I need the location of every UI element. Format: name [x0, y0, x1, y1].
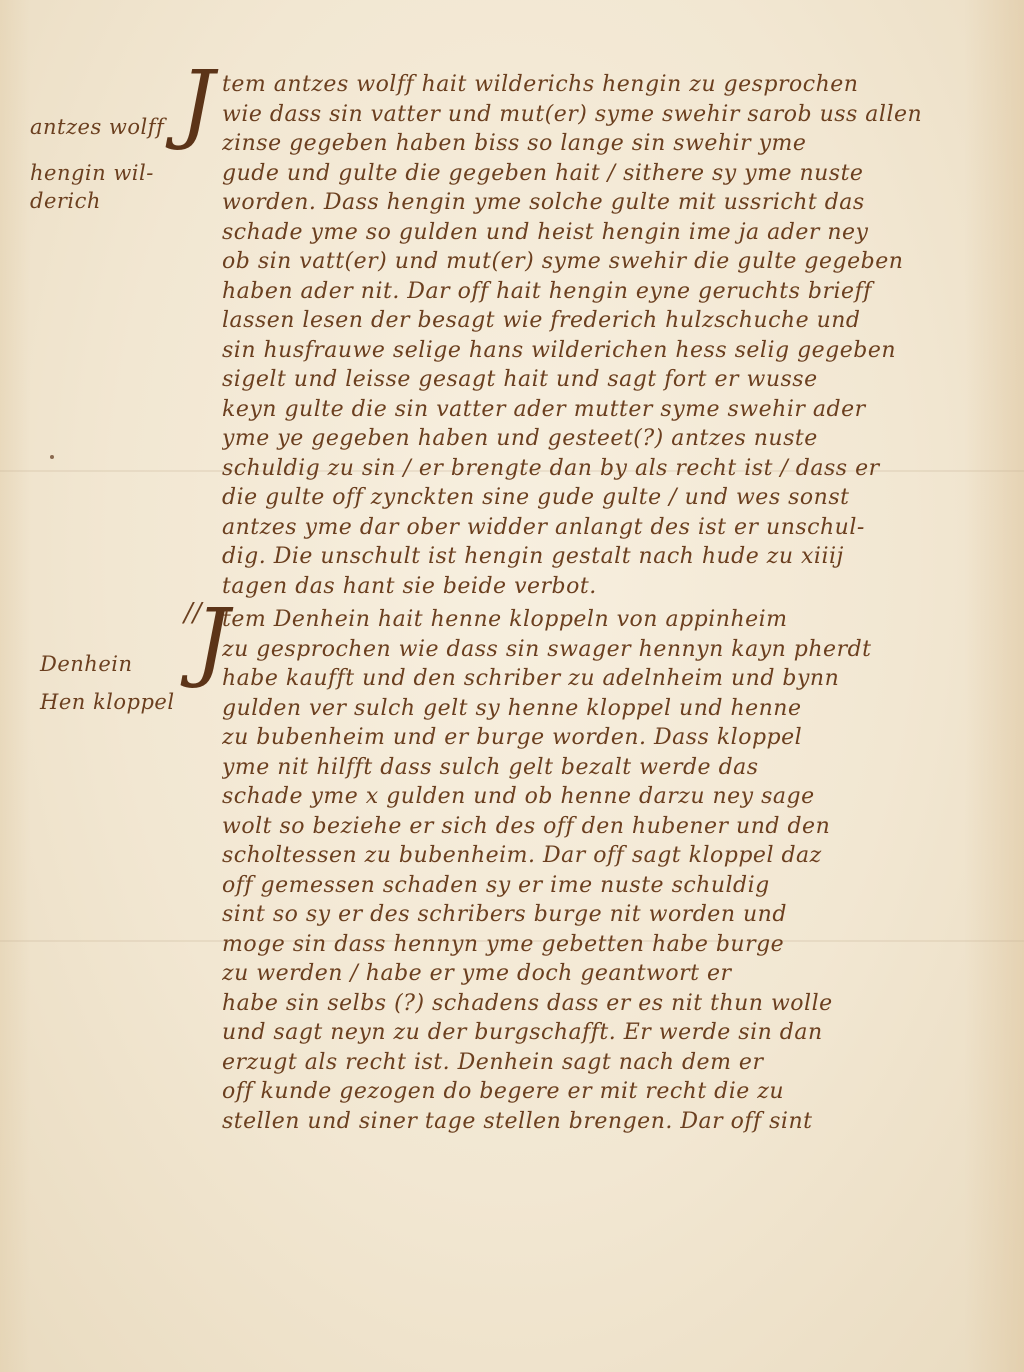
- paper-edge-shading-left: [0, 0, 30, 1372]
- text-line: tem antzes wolff hait wilderichs hengin …: [222, 70, 982, 100]
- text-line: sigelt und leisse gesagt hait und sagt f…: [222, 365, 982, 395]
- text-line: wolt so beziehe er sich des off den hube…: [222, 812, 982, 842]
- text-line: tem Denhein hait henne kloppeln von appi…: [222, 605, 982, 635]
- entry-antzes-wolff: tem antzes wolff hait wilderichs hengin …: [222, 70, 982, 601]
- text-line: habe sin selbs (?) schadens dass er es n…: [222, 989, 982, 1019]
- text-line: und sagt neyn zu der burgschafft. Er wer…: [222, 1018, 982, 1048]
- margin-note-line: Hen kloppel: [40, 688, 175, 716]
- text-line: tagen das hant sie beide verbot.: [222, 572, 982, 602]
- text-line: habe kaufft und den schriber zu adelnhei…: [222, 664, 982, 694]
- text-line: off gemessen schaden sy er ime nuste sch…: [222, 871, 982, 901]
- text-line: zu werden / habe er yme doch geantwort e…: [222, 959, 982, 989]
- text-line: ob sin vatt(er) und mut(er) syme swehir …: [222, 247, 982, 277]
- manuscript-page: antzes wolff hengin wil- derich Denhein …: [0, 0, 1024, 1372]
- text-line: yme ye gegeben haben und gesteet(?) antz…: [222, 424, 982, 454]
- text-line: schade yme x gulden und ob henne darzu n…: [222, 782, 982, 812]
- text-line: worden. Dass hengin yme solche gulte mit…: [222, 188, 982, 218]
- text-line: antzes yme dar ober widder anlangt des i…: [222, 513, 982, 543]
- text-line: schade yme so gulden und heist hengin im…: [222, 218, 982, 248]
- decorated-initial: J: [180, 60, 214, 146]
- text-line: yme nit hilfft dass sulch gelt bezalt we…: [222, 753, 982, 783]
- margin-note-line: Denhein: [40, 650, 175, 678]
- text-line: scholtessen zu bubenheim. Dar off sagt k…: [222, 841, 982, 871]
- margin-note-denhein: Denhein Hen kloppel: [40, 650, 175, 716]
- paper-speck: [50, 455, 54, 459]
- text-line: dig. Die unschult ist hengin gestalt nac…: [222, 542, 982, 572]
- text-line: moge sin dass hennyn yme gebetten habe b…: [222, 930, 982, 960]
- text-line: zinse gegeben haben biss so lange sin sw…: [222, 129, 982, 159]
- entry-denhein: tem Denhein hait henne kloppeln von appi…: [222, 605, 982, 1136]
- margin-note-line: antzes wolff: [30, 113, 164, 141]
- margin-note-antzes-wolff: antzes wolff hengin wil- derich: [30, 113, 164, 215]
- text-line: gude und gulte die gegeben hait / sither…: [222, 159, 982, 189]
- text-line: haben ader nit. Dar off hait hengin eyne…: [222, 277, 982, 307]
- text-line: wie dass sin vatter und mut(er) syme swe…: [222, 100, 982, 130]
- text-line: off kunde gezogen do begere er mit recht…: [222, 1077, 982, 1107]
- text-line: die gulte off zynckten sine gude gulte /…: [222, 483, 982, 513]
- text-line: zu gesprochen wie dass sin swager hennyn…: [222, 635, 982, 665]
- margin-note-line: derich: [30, 187, 164, 215]
- margin-note-line: hengin wil-: [30, 159, 164, 187]
- text-line: gulden ver sulch gelt sy henne kloppel u…: [222, 694, 982, 724]
- text-line: zu bubenheim und er burge worden. Dass k…: [222, 723, 982, 753]
- text-line: stellen und siner tage stellen brengen. …: [222, 1107, 982, 1137]
- text-line: lassen lesen der besagt wie frederich hu…: [222, 306, 982, 336]
- text-line: sint so sy er des schribers burge nit wo…: [222, 900, 982, 930]
- text-line: erzugt als recht ist. Denhein sagt nach …: [222, 1048, 982, 1078]
- text-line: keyn gulte die sin vatter ader mutter sy…: [222, 395, 982, 425]
- text-line: schuldig zu sin / er brengte dan by als …: [222, 454, 982, 484]
- text-line: sin husfrauwe selige hans wilderichen he…: [222, 336, 982, 366]
